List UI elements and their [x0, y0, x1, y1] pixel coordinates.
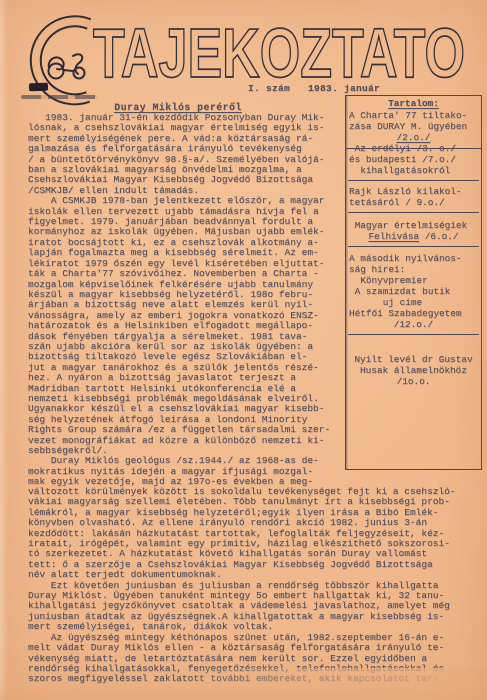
- toc-line: uj cime: [349, 297, 478, 308]
- divider: [348, 246, 479, 247]
- toc-item-intellectuals-appeal: Magyar értelmiségiek Felhivása /6.o./: [349, 220, 478, 242]
- article-column-text: 1983. január 31-én kezdődik Pozsonyban D…: [28, 113, 330, 488]
- toc-line: /12.o./: [349, 319, 478, 330]
- toc-line: Magyar értelmiségiek: [349, 220, 478, 231]
- toc-line: Könyvpremier: [349, 275, 478, 286]
- toc-line: kihallgatásokról: [349, 165, 478, 176]
- toc-item-rajk-eviction: Rajk László kilakol- tetásáról / 9.o./: [349, 186, 478, 208]
- toc-line: tetásáról / 9.o./: [349, 197, 478, 208]
- toc-line: Hétfői Szabadegyetem: [349, 308, 478, 319]
- divider: [348, 180, 479, 181]
- toc-line: Az erdélyi /3. o./: [349, 143, 478, 154]
- toc-line: Nyilt levél dr Gustav: [349, 354, 478, 365]
- toc-line: Felhivása /6.o./: [349, 231, 478, 242]
- toc-line: ság hirei:: [349, 264, 478, 275]
- ink-smudge: [29, 83, 48, 92]
- toc-line: és budapesti /7.o./: [349, 154, 478, 165]
- toc-line: Husak államelnökhöz: [349, 365, 478, 376]
- toc-line: /2.o./: [349, 132, 478, 143]
- article-full-width-text: változott körülmények között is sokoldal…: [28, 487, 456, 685]
- toc-line: /1o.o.: [349, 376, 478, 387]
- divider: [348, 334, 479, 335]
- divider: [348, 212, 479, 213]
- toc-item-charta-protest: A Charta' 77 tiltako- zása DURAY M. ügyé…: [349, 110, 478, 143]
- toc-line: A szamizdat butik: [349, 286, 478, 297]
- inner-monogram-icon: [49, 54, 85, 78]
- toc-line: Rajk László kilakol-: [349, 186, 478, 197]
- ink-smudge: [21, 95, 97, 99]
- toc-line: A második nyilvános-: [349, 253, 478, 264]
- toc-item-second-publicity-news: A második nyilvános- ság hirei: Könyvpre…: [349, 253, 478, 330]
- contents-box: Tartalom: A Charta' 77 tiltako- zása DUR…: [345, 95, 482, 470]
- toc-line: A Charta' 77 tiltako-: [349, 110, 478, 121]
- contents-box-title: Tartalom:: [349, 98, 478, 109]
- toc-line: zása DURAY M. ügyében: [349, 121, 478, 132]
- scan-fade: [0, 686, 487, 700]
- issue-line: I. szám 1983. január: [248, 83, 380, 94]
- masthead-title: TAJEKOZTATO: [90, 20, 472, 86]
- toc-item-interrogations: Az erdélyi /3. o./ és budapesti /7.o./ k…: [349, 143, 478, 176]
- masthead-title-text: TAJEKOZTATO: [93, 20, 465, 86]
- scanned-samizdat-page: TAJEKOZTATO I. szám 1983. január Duray M…: [0, 0, 487, 700]
- toc-item-open-letter-husak: Nyilt levél dr Gustav Husak államelnökhö…: [349, 354, 478, 387]
